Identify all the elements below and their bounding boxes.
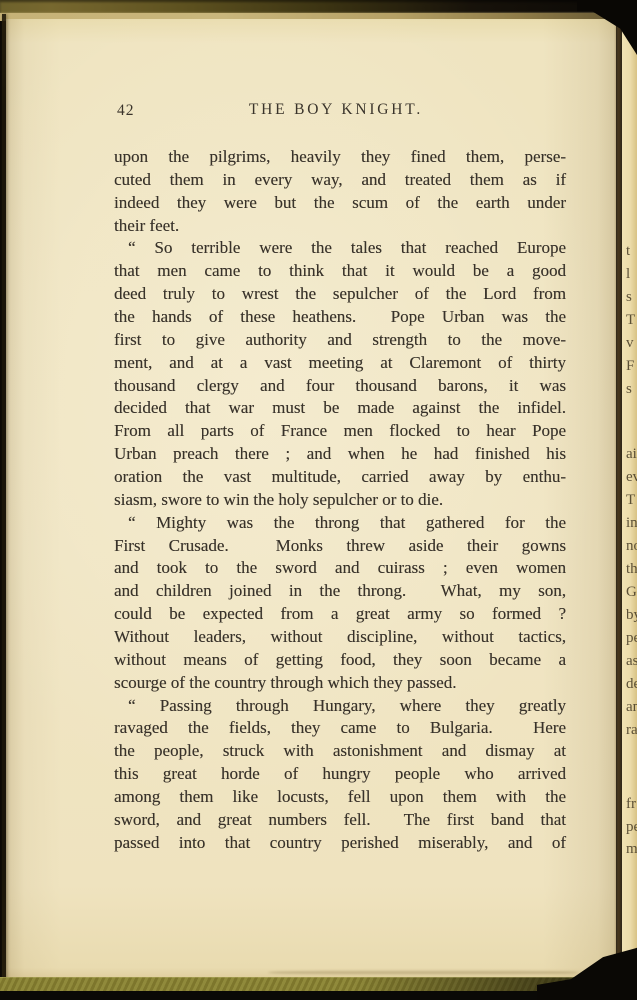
text-line: could be expected from a great army so f… — [114, 603, 566, 626]
text-line: first to give authority and strength to … — [114, 329, 566, 352]
next-page-partial-text: t — [626, 244, 630, 259]
text-line: the people, struck with astonishment and… — [114, 740, 566, 763]
text-line: upon the pilgrims, heavily they fined th… — [114, 146, 566, 169]
next-page-partial-text: in — [626, 516, 637, 531]
paragraph: upon the pilgrims, heavily they fined th… — [114, 146, 566, 237]
text-line: Urban preach there ; and when he had fin… — [114, 443, 566, 466]
paragraph: “ So terrible were the tales that reache… — [114, 237, 566, 511]
text-line: among them like locusts, fell upon them … — [114, 786, 566, 809]
text-line: Without leaders, without discipline, wit… — [114, 626, 566, 649]
next-page-partial-text: ai — [626, 447, 637, 462]
next-page-partial-text: ra — [626, 723, 637, 738]
page-header: 42 THE BOY KNIGHT. — [110, 101, 562, 123]
next-page-partial-text: l — [626, 267, 630, 282]
running-title: THE BOY KNIGHT. — [110, 101, 562, 119]
text-line: that men came to think that it would be … — [114, 260, 566, 283]
text-line: siasm, swore to win the holy sepulcher o… — [114, 489, 566, 512]
text-line: and children joined in the throng. What,… — [114, 580, 566, 603]
text-line: “ So terrible were the tales that reache… — [114, 237, 566, 260]
next-page-partial-text: de — [626, 677, 637, 692]
text-line: oration the vast multitude, carried away… — [114, 466, 566, 489]
next-page-partial-text: T — [626, 313, 635, 328]
next-page-partial-text: v — [626, 336, 634, 351]
text-line: without means of getting food, they soon… — [114, 649, 566, 672]
page-crease — [614, 14, 622, 980]
next-page-partial-text: T — [626, 493, 635, 508]
text-line: thousand clergy and four thousand barons… — [114, 375, 566, 398]
text-line: their feet. — [114, 215, 566, 238]
text-line: From all parts of France men flocked to … — [114, 420, 566, 443]
next-page-partial-text: no — [626, 539, 637, 554]
text-line: this great horde of hungry people who ar… — [114, 763, 566, 786]
text-line: scourge of the country through which the… — [114, 672, 566, 695]
text-line: “ Passing through Hungary, where they gr… — [114, 695, 566, 718]
text-line: the hands of these heathens. Pope Urban … — [114, 306, 566, 329]
text-line: cuted them in every way, and treated the… — [114, 169, 566, 192]
text-line: and took to the sword and cuirass ; even… — [114, 557, 566, 580]
text-line: indeed they were but the scum of the ear… — [114, 192, 566, 215]
next-page-partial-text: ev — [626, 470, 637, 485]
next-page-partial-text: G — [626, 585, 637, 600]
next-page-partial-text: F — [626, 359, 634, 374]
next-page-partial-text: th — [626, 562, 637, 577]
next-page-partial-text: an — [626, 700, 637, 715]
next-page-edge: tlsTvFsaievTinnothGbypeasdeanrafrpem — [622, 5, 637, 983]
text-line: sword, and great numbers fell. The first… — [114, 809, 566, 832]
book-cover-top-edge — [0, 0, 637, 13]
text-line: ravaged the fields, they came to Bulgari… — [114, 717, 566, 740]
next-page-partial-text: pe — [626, 820, 637, 835]
next-page-partial-text: s — [626, 290, 632, 305]
text-line: decided that war must be made against th… — [114, 397, 566, 420]
next-page-partial-text: m — [626, 842, 637, 857]
scanned-book-page: 42 THE BOY KNIGHT. upon the pilgrims, he… — [0, 0, 637, 1000]
text-line: ment, and at a vast meeting at Claremont… — [114, 352, 566, 375]
binding-gutter-line — [2, 14, 6, 986]
paragraph: “ Mighty was the throng that gathered fo… — [114, 512, 566, 695]
next-page-partial-text: pe — [626, 631, 637, 646]
paragraph: “ Passing through Hungary, where they gr… — [114, 695, 566, 855]
text-line: passed into that country perished misera… — [114, 832, 566, 855]
text-line: “ Mighty was the throng that gathered fo… — [114, 512, 566, 535]
next-page-partial-text: fr — [626, 797, 636, 812]
next-page-partial-text: s — [626, 382, 632, 397]
text-block: upon the pilgrims, heavily they fined th… — [114, 146, 566, 855]
text-line: deed truly to wrest the sepulcher of the… — [114, 283, 566, 306]
next-page-partial-text: as — [626, 654, 637, 669]
text-line: First Crusade. Monks threw aside their g… — [114, 535, 566, 558]
page-curl-shadow — [268, 970, 578, 975]
next-page-partial-text: by — [626, 608, 637, 623]
